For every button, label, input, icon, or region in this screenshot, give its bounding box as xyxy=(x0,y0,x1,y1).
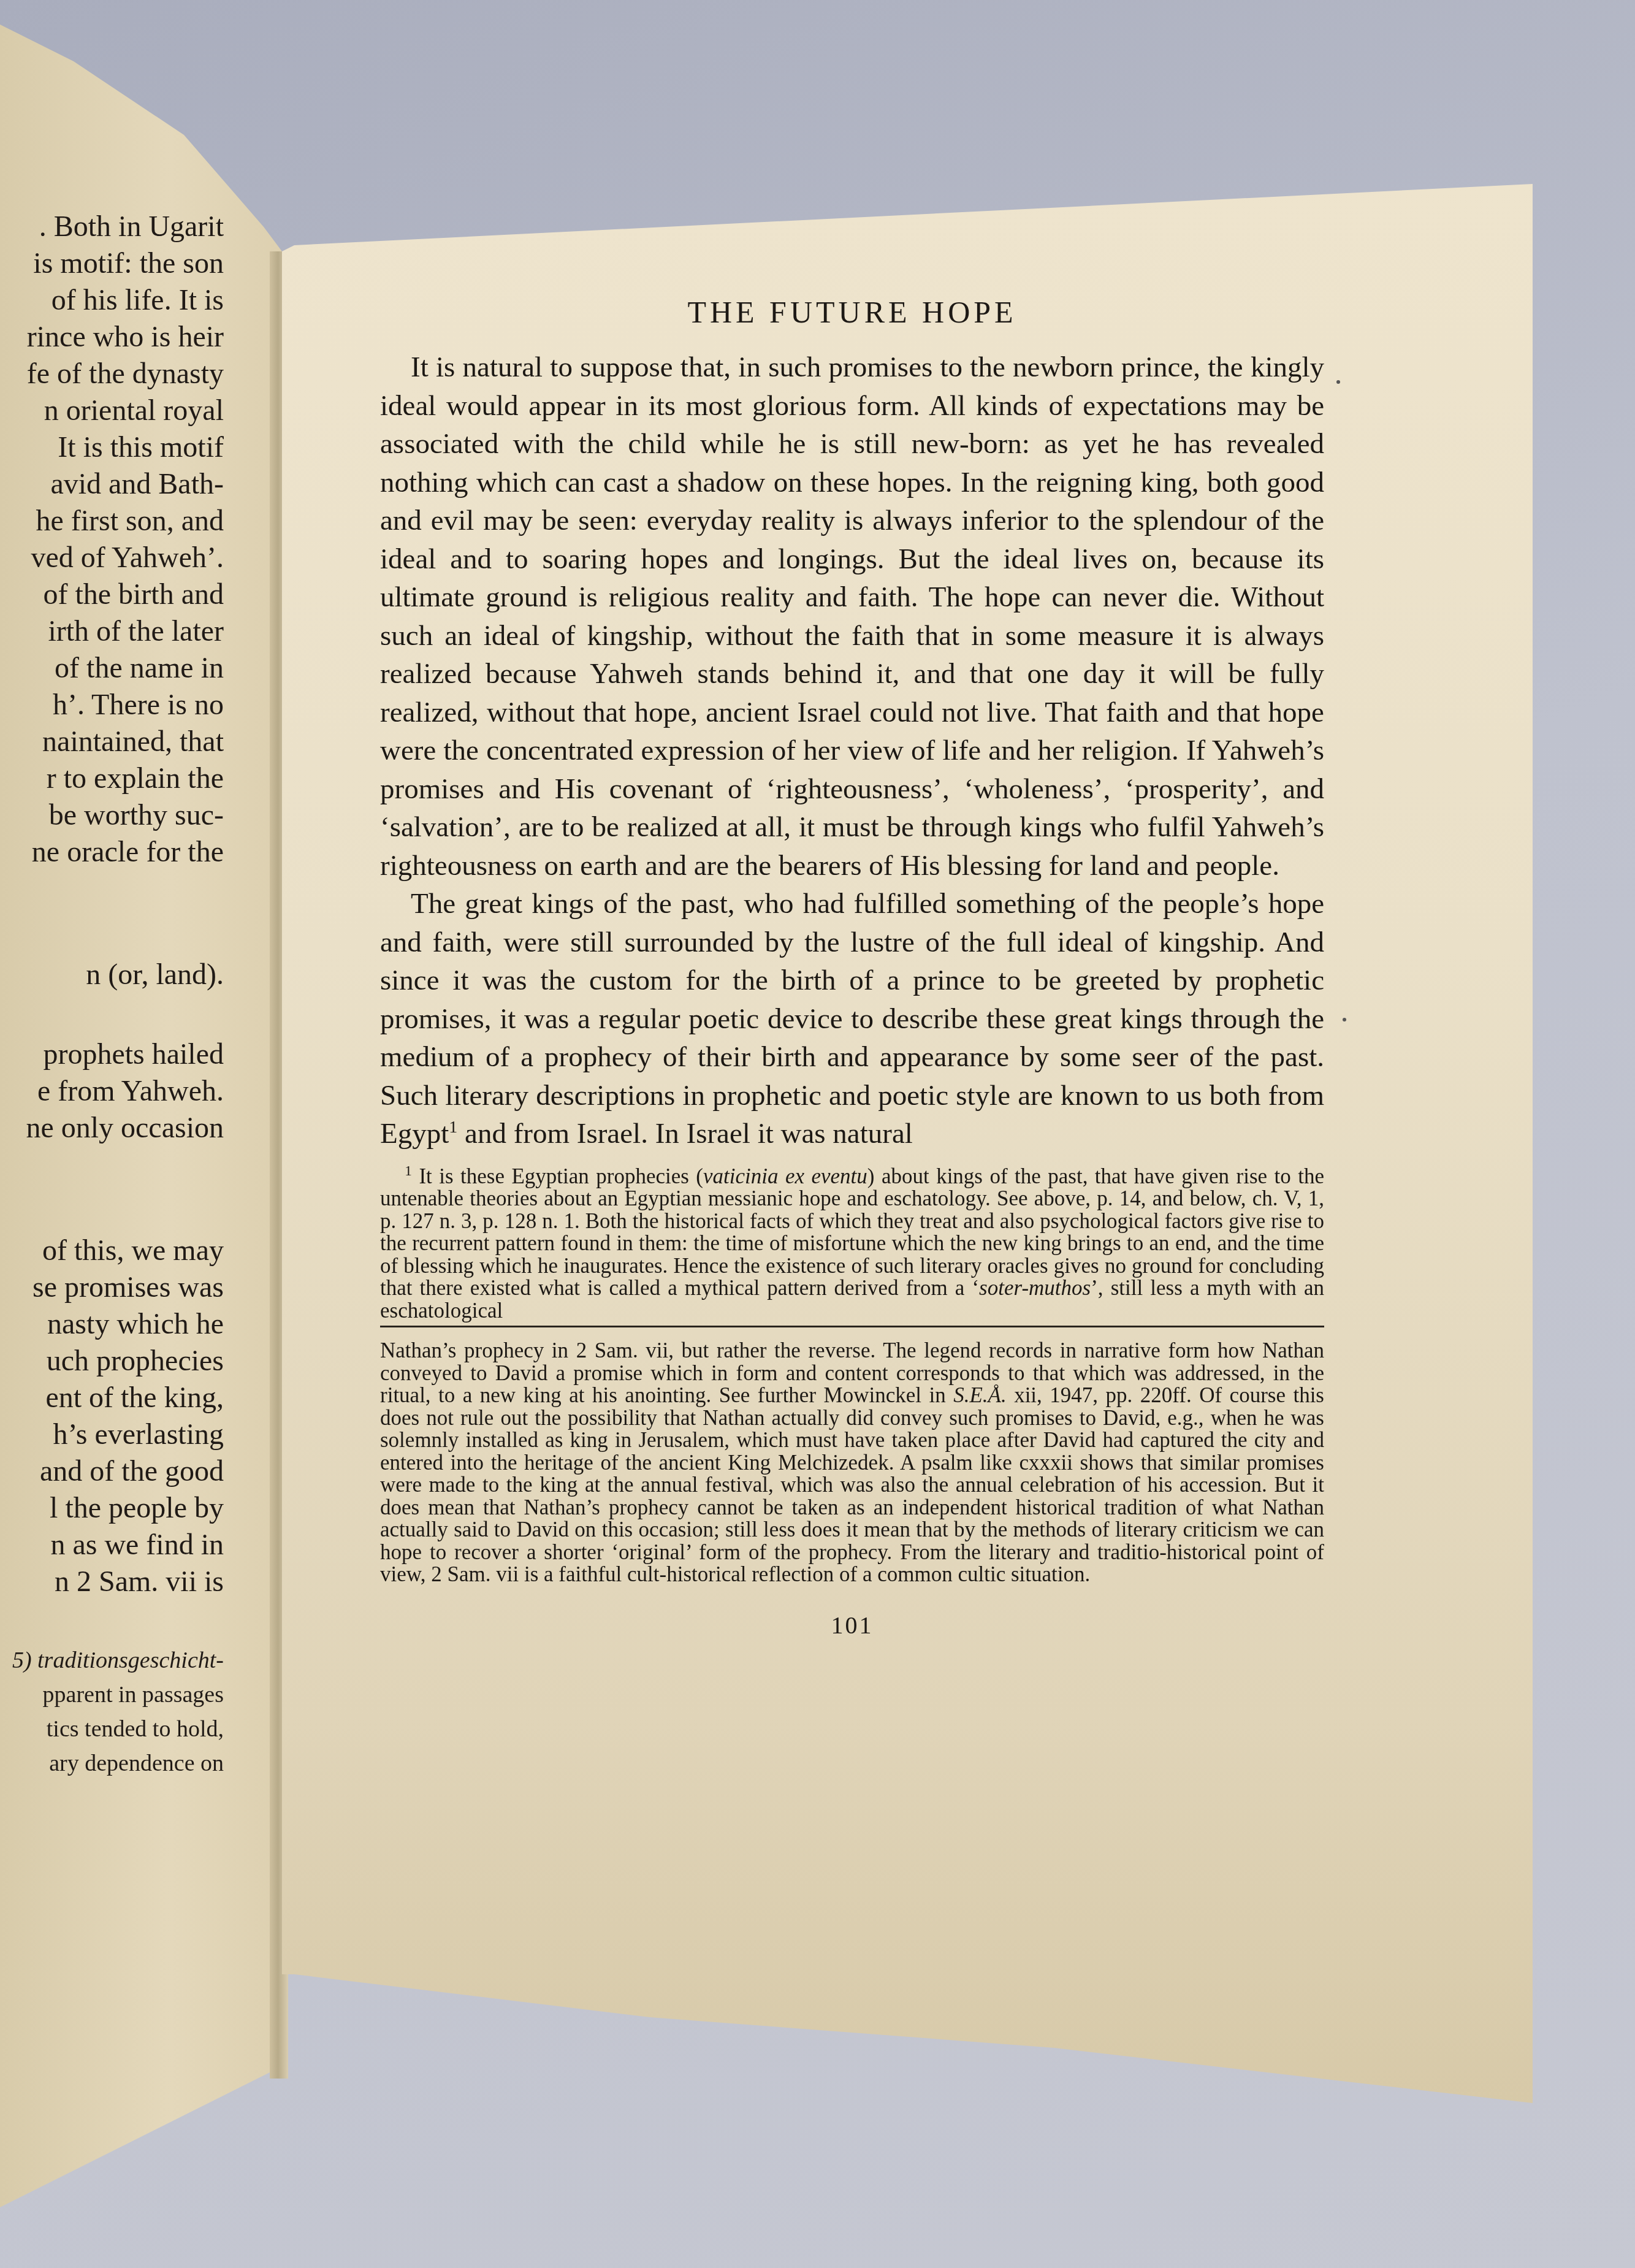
left-line: of the name in xyxy=(0,650,224,687)
left-line: ent of the king, xyxy=(0,1380,224,1416)
left-line: ved of Yahweh’. xyxy=(0,540,224,576)
paragraph-text: The great kings of the past, who had ful… xyxy=(380,888,1324,1150)
left-line: n oriental royal xyxy=(0,392,224,429)
left-line: l the people by xyxy=(0,1490,224,1527)
left-line: irth of the later xyxy=(0,613,224,650)
left-line: n 2 Sam. vii is xyxy=(0,1564,224,1600)
left-line: rince who is heir xyxy=(0,319,224,356)
left-line: of the birth and xyxy=(0,576,224,613)
paragraph: The great kings of the past, who had ful… xyxy=(380,885,1324,1153)
left-line: nasty which he xyxy=(0,1306,224,1343)
left-line: e from Yahweh. xyxy=(0,1073,224,1110)
left-line: . Both in Ugarit xyxy=(0,208,224,245)
left-line: ne only occasion xyxy=(0,1110,224,1147)
footnote: 1 It is these Egyptian prophecies (vatic… xyxy=(380,1166,1324,1323)
footnote-reference: 1 xyxy=(449,1118,457,1137)
paper-speck xyxy=(1343,1018,1346,1021)
footnote-divider xyxy=(380,1326,1324,1327)
left-line: h’. There is no xyxy=(0,687,224,724)
footnote-italic: vaticinia ex eventu xyxy=(703,1164,867,1188)
left-line: uch prophecies xyxy=(0,1343,224,1380)
left-line: It is this motif xyxy=(0,429,224,466)
left-line: is motif: the son xyxy=(0,245,224,282)
right-page: THE FUTURE HOPE It is natural to suppose… xyxy=(282,184,1533,2103)
page-content: THE FUTURE HOPE It is natural to suppose… xyxy=(380,282,1324,1640)
left-line: of this, we may xyxy=(0,1232,224,1269)
left-footnote-line: pparent in passages xyxy=(0,1678,224,1712)
left-line: n (or, land). xyxy=(0,956,224,993)
continued-footnote: Nathan’s prophecy in 2 Sam. vii, but rat… xyxy=(380,1340,1324,1586)
left-line: be worthy suc- xyxy=(0,797,224,834)
spacer xyxy=(0,993,224,1036)
left-line: r to explain the xyxy=(0,760,224,797)
left-footnote-line: ary dependence on xyxy=(0,1746,224,1781)
running-head: THE FUTURE HOPE xyxy=(380,294,1324,330)
left-line: avid and Bath- xyxy=(0,466,224,503)
spacer xyxy=(0,871,224,956)
left-line: prophets hailed xyxy=(0,1036,224,1073)
left-line: h’s everlasting xyxy=(0,1416,224,1453)
footnote-italic: S.E.Å. xyxy=(953,1383,1007,1407)
footnote-italic: soter-muthos xyxy=(979,1276,1091,1300)
footnote-text: It is these Egyptian prophecies ( xyxy=(412,1164,703,1188)
footnote-marker: 1 xyxy=(405,1163,412,1179)
spacer xyxy=(0,1600,224,1643)
footnote-text: xii, 1947, pp. 220ff. Of course this doe… xyxy=(380,1383,1324,1586)
footnote-paragraph: Nathan’s prophecy in 2 Sam. vii, but rat… xyxy=(380,1340,1324,1586)
footnote-paragraph: 1 It is these Egyptian prophecies (vatic… xyxy=(380,1166,1324,1323)
page-number: 101 xyxy=(380,1611,1324,1640)
paragraph-text: and from Israel. In Israel it was natura… xyxy=(457,1118,913,1150)
paragraph: It is natural to suppose that, in such p… xyxy=(380,348,1324,885)
book-photo-scene: . Both in Ugarit is motif: the son of hi… xyxy=(0,0,1635,2268)
left-line: and of the good xyxy=(0,1453,224,1490)
left-line: of his life. It is xyxy=(0,282,224,319)
left-line: n as we find in xyxy=(0,1527,224,1564)
left-footnote-line: 5) traditionsgeschicht- xyxy=(0,1643,224,1678)
paper-speck xyxy=(1336,380,1340,384)
left-footnote-line: tics tended to hold, xyxy=(0,1712,224,1746)
left-page: . Both in Ugarit is motif: the son of hi… xyxy=(0,0,282,2268)
left-line: he first son, and xyxy=(0,503,224,540)
left-line: ne oracle for the xyxy=(0,834,224,871)
left-line: fe of the dynasty xyxy=(0,356,224,392)
left-page-text: . Both in Ugarit is motif: the son of hi… xyxy=(0,208,224,1781)
spacer xyxy=(0,1147,224,1232)
left-line: naintained, that xyxy=(0,724,224,760)
body-text: It is natural to suppose that, in such p… xyxy=(380,348,1324,1153)
left-line: se promises was xyxy=(0,1269,224,1306)
